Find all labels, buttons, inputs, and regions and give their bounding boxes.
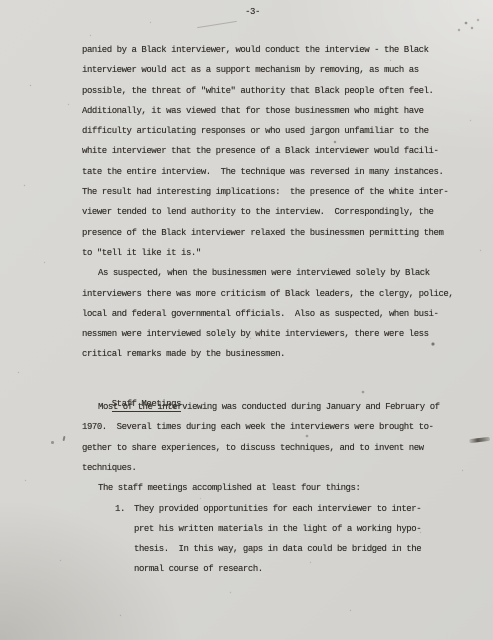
paragraph: As suspected, when the businessmen were …	[82, 263, 477, 364]
ink-dot-mark	[51, 441, 54, 444]
text-line: 1970. Several times during each week the…	[82, 417, 477, 437]
text-line: gether to share experiences, to discuss …	[82, 438, 477, 458]
section-heading-row: Staff Meetings	[82, 374, 477, 394]
numbered-list-item: 1. They provided opportunities for each …	[82, 499, 477, 580]
text-line: The staff meetings accomplished at least…	[82, 478, 477, 498]
text-line: As suspected, when the businessmen were …	[82, 263, 477, 283]
text-line: presence of the Black interviewer relaxe…	[82, 223, 477, 243]
text-line: difficulty articulating responses or who…	[82, 121, 477, 141]
text-line: Most of the interviewing was conducted d…	[82, 397, 477, 417]
text-line: to "tell it like it is."	[82, 243, 477, 263]
text-line: viewer tended to lend authority to the i…	[82, 202, 477, 222]
document-body: panied by a Black interviewer, would con…	[82, 40, 477, 580]
text-line: interviewer would act as a support mecha…	[82, 60, 477, 80]
text-line: pret his written materials in the light …	[82, 519, 477, 539]
paragraph: panied by a Black interviewer, would con…	[82, 40, 477, 263]
text-line: tate the entire interview. The technique…	[82, 162, 477, 182]
page-number: -3-	[12, 7, 493, 17]
text-line: interviewers there was more criticism of…	[82, 284, 477, 304]
text-line: nessmen were interviewed solely by white…	[82, 324, 477, 344]
ink-tick-mark	[63, 436, 66, 441]
text-line: panied by a Black interviewer, would con…	[82, 40, 477, 60]
text-line: possible, the threat of "white" authorit…	[82, 81, 477, 101]
paragraph: Most of the interviewing was conducted d…	[82, 397, 477, 478]
text-line: white interviewer that the presence of a…	[82, 141, 477, 161]
text-line: The result had interesting implications:…	[82, 182, 477, 202]
text-line: Additionally, it was viewed that for tho…	[82, 101, 477, 121]
list-item-number: 1.	[115, 499, 125, 519]
text-line: critical remarks made by the businessmen…	[82, 344, 477, 364]
text-line: They provided opportunities for each int…	[82, 499, 477, 519]
text-line: local and federal governmental officials…	[82, 304, 477, 324]
paragraph: The staff meetings accomplished at least…	[82, 478, 477, 498]
text-line: normal course of research.	[82, 559, 477, 579]
text-line: thesis. In this way, gaps in data could …	[82, 539, 477, 559]
paper-crease-mark	[197, 21, 237, 28]
text-line: techniques.	[82, 458, 477, 478]
document-page: -3- panied by a Black interviewer, would…	[0, 0, 493, 640]
